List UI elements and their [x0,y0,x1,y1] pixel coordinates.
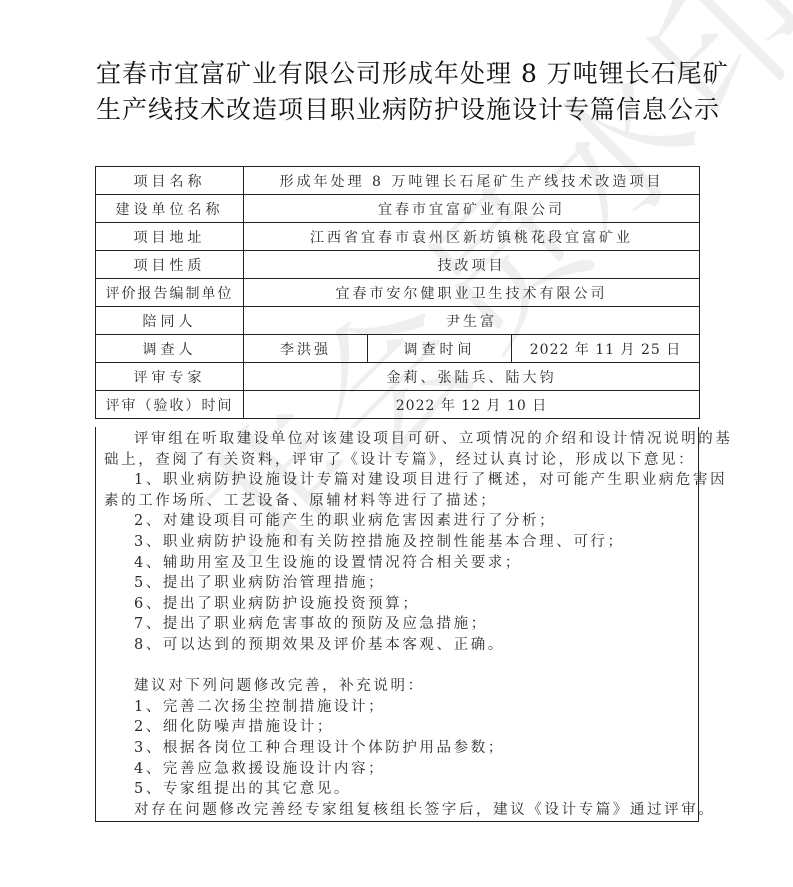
row-value: 金莉、张陆兵、陆大钧 [244,363,700,391]
row-value: 2022 年 12 月 10 日 [244,391,700,419]
row-label: 评审专家 [96,363,244,391]
spacer [104,656,690,677]
finding-3: 3、职业病防护设施和有关防控措施及控制性能基本合理、可行； [104,532,690,553]
title-line-1: 宜春市宜富矿业有限公司形成年处理 8 万吨锂长石尾矿 [96,56,698,92]
investigator-name: 李洪强 [244,335,368,363]
row-label: 评价报告编制单位 [96,279,244,307]
row-label: 建设单位名称 [96,195,244,223]
finding-2: 2、对建设项目可能产生的职业病危害因素进行了分析； [104,511,690,532]
suggestion-3: 3、根据各岗位工种合理设计个体防护用品参数； [104,738,690,759]
finding-1-line-2: 素的工作场所、工艺设备、原辅材料等进行了描述； [104,491,690,512]
suggestion-2: 2、细化防噪声措施设计； [104,717,690,738]
table-row: 调查人 李洪强 调查时间 2022 年 11 月 25 日 [96,335,700,363]
project-info-table: 项目名称 形成年处理 8 万吨锂长石尾矿生产线技术改造项目 建设单位名称 宜春市… [95,166,700,419]
survey-time-label: 调查时间 [368,335,512,363]
row-label: 项目性质 [96,251,244,279]
intro-line-1: 评审组在听取建设单位对该建设项目可研、立项情况的介绍和设计情况说明的基 [104,429,690,450]
finding-5: 5、提出了职业病防治管理措施； [104,573,690,594]
suggestion-1: 1、完善二次扬尘控制措施设计； [104,697,690,718]
survey-time-value: 2022 年 11 月 25 日 [512,335,700,363]
table-row: 建设单位名称 宜春市宜富矿业有限公司 [96,195,700,223]
finding-1-line-1: 1、职业病防护设施设计专篇对建设项目进行了概述，对可能产生职业病危害因 [104,470,690,491]
suggestions-heading: 建议对下列问题修改完善，补充说明： [104,676,690,697]
row-label: 陪同人 [96,307,244,335]
finding-4: 4、辅助用室及卫生设施的设置情况符合相关要求； [104,553,690,574]
row-label: 项目名称 [96,167,244,195]
review-opinion-block: 评审组在听取建设单位对该建设项目可研、立项情况的介绍和设计情况说明的基 础上，查… [95,427,699,822]
table-row: 陪同人 尹生富 [96,307,700,335]
title-line-2: 生产线技术改造项目职业病防护设施设计专篇信息公示 [96,92,698,128]
row-value: 宜春市安尔健职业卫生技术有限公司 [244,279,700,307]
row-value: 技改项目 [244,251,700,279]
table-row: 项目地址 江西省宜春市袁州区新坊镇桃花段宜富矿业 [96,223,700,251]
page-title: 宜春市宜富矿业有限公司形成年处理 8 万吨锂长石尾矿 生产线技术改造项目职业病防… [96,56,698,128]
table-row: 评价报告编制单位 宜春市安尔健职业卫生技术有限公司 [96,279,700,307]
row-label: 调查人 [96,335,244,363]
suggestion-5: 5、专家组提出的其它意见。 [104,779,690,800]
intro-line-2: 础上，查阅了有关资料，评审了《设计专篇》，经过认真讨论，形成以下意见： [104,450,690,471]
finding-7: 7、提出了职业病危害事故的预防及应急措施； [104,614,690,635]
row-label: 评审（验收）时间 [96,391,244,419]
finding-6: 6、提出了职业病防护设施投资预算； [104,594,690,615]
row-label: 项目地址 [96,223,244,251]
row-value: 宜春市宜富矿业有限公司 [244,195,700,223]
row-value: 江西省宜春市袁州区新坊镇桃花段宜富矿业 [244,223,700,251]
table-row: 评审专家 金莉、张陆兵、陆大钧 [96,363,700,391]
table-row: 项目名称 形成年处理 8 万吨锂长石尾矿生产线技术改造项目 [96,167,700,195]
table-row: 评审（验收）时间 2022 年 12 月 10 日 [96,391,700,419]
table-row: 项目性质 技改项目 [96,251,700,279]
finding-8: 8、可以达到的预期效果及评价基本客观、正确。 [104,635,690,656]
conclusion: 对存在问题修改完善经专家组复核组长签字后，建议《设计专篇》通过评审。 [104,800,690,821]
row-value: 形成年处理 8 万吨锂长石尾矿生产线技术改造项目 [244,167,700,195]
row-value: 尹生富 [244,307,700,335]
suggestion-4: 4、完善应急救援设施设计内容； [104,759,690,780]
